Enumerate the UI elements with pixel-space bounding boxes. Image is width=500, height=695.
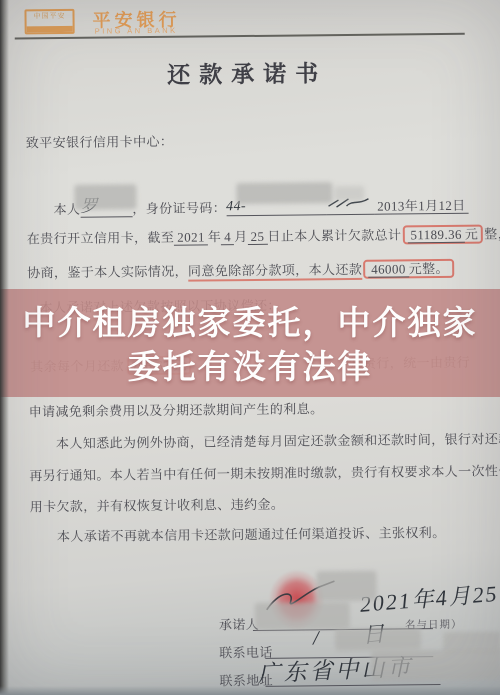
bank-name-en: PING AN BANK	[95, 26, 178, 36]
interest-waiver-line: 申请减免剩余费用以及分期还款期间产生的利息。	[29, 398, 324, 420]
cutoff-year: 2021	[174, 229, 208, 245]
handwritten-phone-stroke: /	[313, 627, 319, 650]
acknowledge-line: 本人知悉此为例外协商，已经清楚每月固定还款金额和还款时间，银行对还款问题不会	[56, 428, 500, 452]
caption-line-1: 中介租房独家委托，中介独家	[0, 297, 500, 344]
caption-banner: 中介租房独家委托，中介独家 委托有没有法律	[0, 289, 500, 397]
redaction-blur	[335, 628, 421, 651]
cutoff-day: 25	[247, 229, 267, 245]
total-amount: 51189.36	[407, 227, 465, 244]
waiver-text-1: 协商，鉴于本人实际情况，	[27, 264, 188, 281]
cutoff-month: 4	[221, 229, 234, 245]
pingan-logo-icon: 中国平安	[24, 9, 74, 35]
redaction-blur	[74, 184, 136, 210]
redaction-blur	[236, 182, 332, 204]
repay-amount: 46000	[368, 261, 409, 277]
repay-amount-box: 46000元整。	[363, 259, 454, 279]
logo-bar	[27, 26, 73, 32]
waiver-unit: 元整。	[409, 261, 449, 276]
no-complaint-line: 本人承诺不再就本信用卡还款问题通过任何渠道投诉、主张权利。	[57, 522, 446, 545]
total-amount-box: 51189.36元	[402, 225, 483, 245]
penalty-clause-line: 用卡欠款，并有权恢复计收利息、违约金。	[30, 494, 285, 516]
redaction-blur	[371, 649, 500, 680]
photo-edge-bottom	[0, 686, 500, 695]
waiver-highlight: 同意免除部分款项，本人还款	[188, 262, 362, 282]
header-rule	[15, 33, 465, 40]
debt-text-4: 日止本人累计欠款总计	[267, 227, 401, 243]
redaction-blur	[316, 571, 376, 602]
page-title: 还款承诺书	[0, 53, 497, 91]
photo-edge-left	[0, 0, 9, 695]
debt-text-3: 月	[234, 229, 248, 244]
default-clause-line: 再另行通知。本人若当中有任何一期未按期准时缴款，贵行有权要求本人一次性偿还全部信	[29, 460, 500, 485]
redaction-blur	[255, 602, 350, 630]
debt-text-5: 整，经与贵行	[484, 226, 500, 242]
identity-mid: ，身份证号码：	[132, 200, 226, 216]
document-photo: 中国平安 平安银行 PING AN BANK 还款承诺书 致平安银行信用卡中心：…	[0, 0, 500, 695]
redaction-blur	[334, 186, 364, 201]
caption-line-2: 委托有没有法律	[0, 341, 500, 388]
debt-text-1: 在贵行开立信用卡，截至	[27, 230, 175, 247]
waiver-line: 协商，鉴于本人实际情况，同意免除部分款项，本人还款46000元整。	[27, 258, 455, 281]
debt-unit: 元	[465, 227, 479, 242]
logo-badge-text: 中国平安	[33, 13, 65, 20]
debt-text-2: 年	[208, 229, 222, 244]
debt-line: 在贵行开立信用卡，截至2021年4月25日止本人累计欠款总计51189.36元整…	[27, 223, 500, 248]
salutation: 致平安银行信用卡中心：	[26, 131, 174, 152]
card-open-date: 2013年1月12日	[374, 198, 469, 215]
